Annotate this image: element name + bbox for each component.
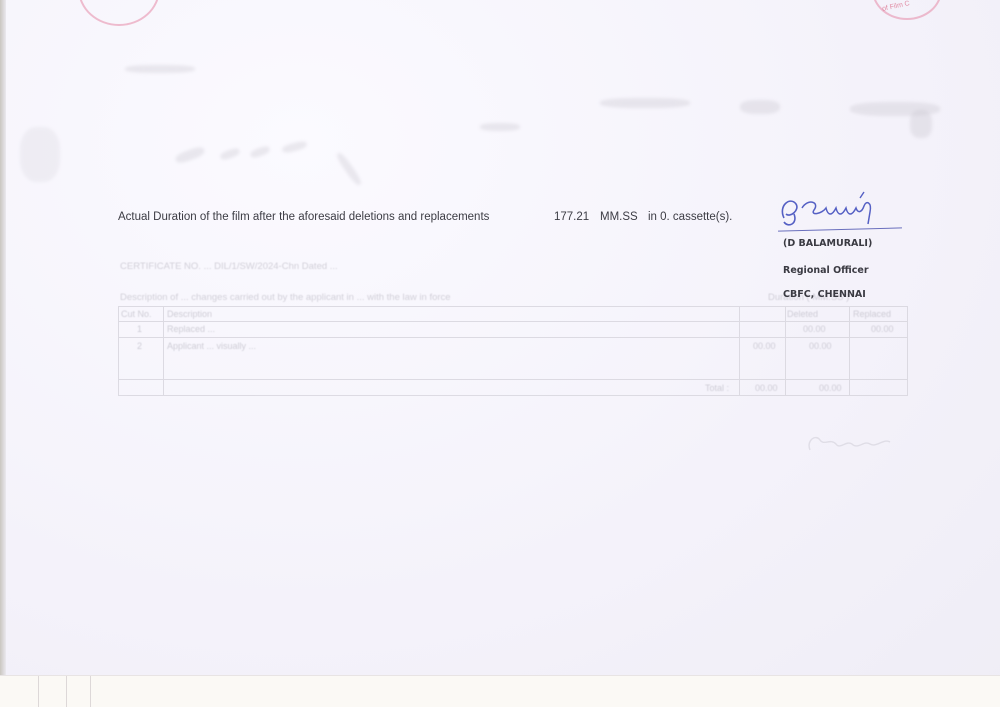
table-cell: 00.00 (803, 324, 826, 334)
scan-bottom-edge (0, 675, 1000, 707)
cassette-count: in 0. cassette(s). (648, 211, 732, 223)
scanned-page: of Film C CERTIFICATE NO. ... DIL/1/SW/2… (0, 0, 1000, 707)
smudge (335, 151, 363, 187)
show-through-table: Cut No. Description Deleted Replaced 1 R… (118, 306, 908, 396)
smudge (600, 98, 690, 108)
table-total-label: Total : (705, 383, 729, 393)
smudge (249, 145, 271, 159)
table-total-cell: 00.00 (755, 383, 778, 393)
table-total-cell: 00.00 (819, 383, 842, 393)
smudge (740, 100, 780, 114)
smudge (20, 127, 60, 182)
show-through-signature-icon (806, 428, 902, 460)
table-cell: Applicant ... visually ... (167, 341, 256, 351)
table-header: Deleted (787, 309, 818, 319)
table-header: Cut No. (121, 309, 152, 319)
smudge (125, 65, 195, 73)
table-cell: 00.00 (871, 324, 894, 334)
smudge (174, 145, 206, 165)
scan-edge (0, 0, 6, 707)
show-through-line: CERTIFICATE NO. ... DIL/1/SW/2024-Chn Da… (120, 261, 338, 272)
smudge (480, 123, 520, 131)
signatory-office: CBFC, CHENNAI (783, 289, 866, 300)
table-cell: 2 (137, 341, 142, 351)
table-cell: 00.00 (753, 341, 776, 351)
smudge (281, 140, 307, 154)
smudge (910, 110, 932, 138)
signature-icon (776, 188, 906, 232)
table-header: Description (167, 309, 212, 319)
duration-value: 177.21 (554, 211, 589, 223)
signatory-designation: Regional Officer (783, 265, 869, 276)
table-cell: 1 (137, 324, 142, 334)
duration-unit: MM.SS (600, 211, 638, 223)
seal-stamp-left (78, 0, 160, 26)
duration-label: Actual Duration of the film after the af… (118, 211, 489, 223)
table-header: Replaced (853, 309, 891, 319)
signatory-name: (D BALAMURALI) (783, 238, 872, 249)
table-cell: 00.00 (809, 341, 832, 351)
show-through-line: Description of ... changes carried out b… (120, 292, 451, 303)
table-cell: Replaced ... (167, 324, 215, 334)
smudge (219, 147, 241, 161)
